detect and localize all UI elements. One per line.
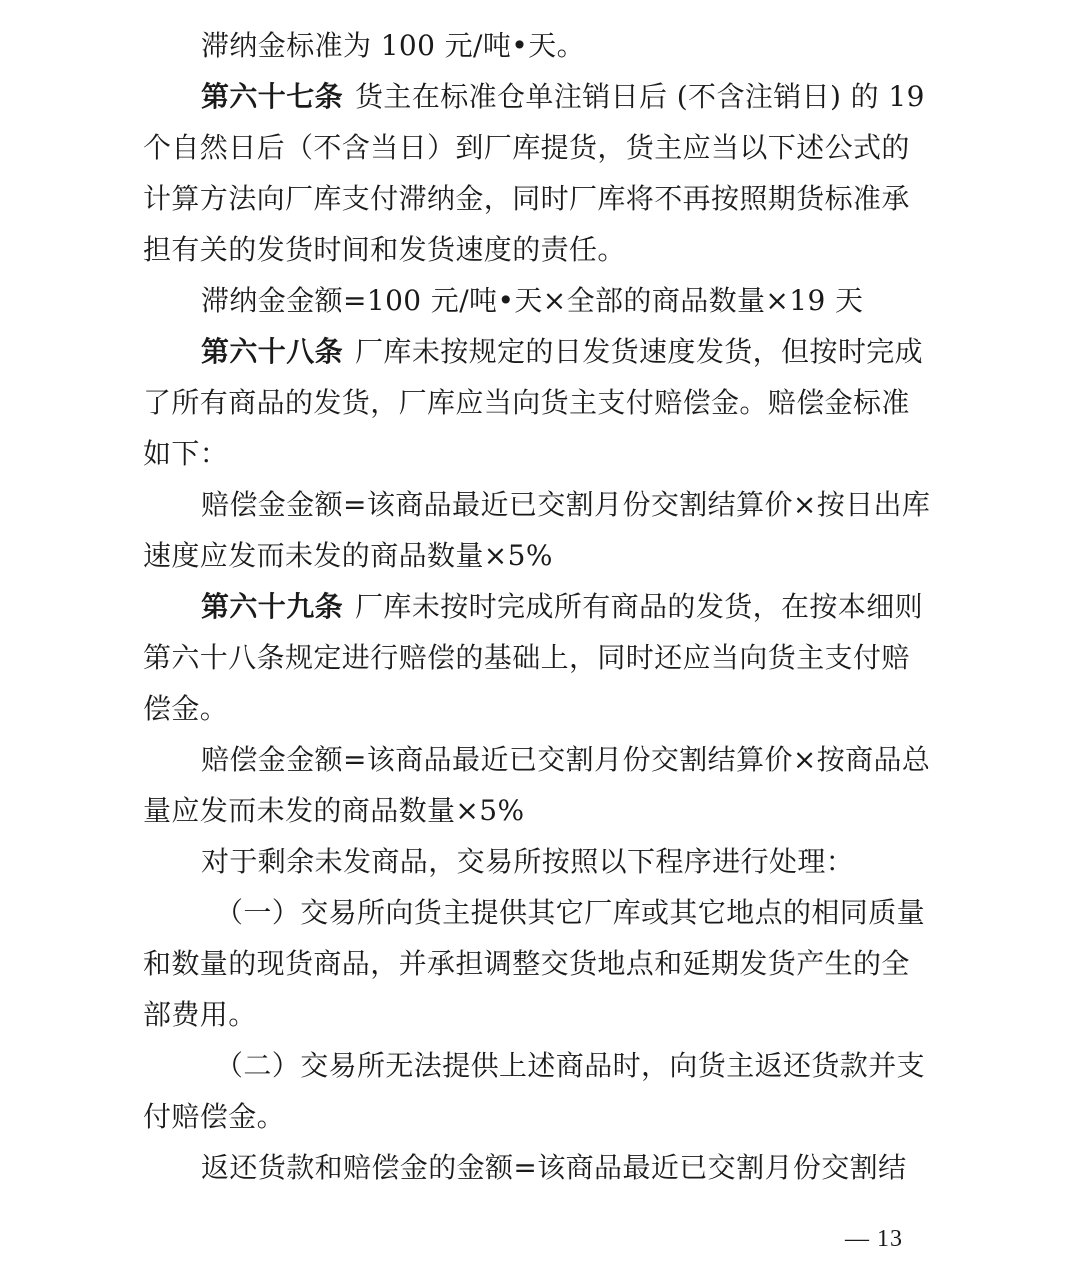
article-heading: 第六十八条 (201, 335, 343, 368)
paragraph-line: 了所有商品的发货，厂库应当向货主支付赔偿金。赔偿金标准 (143, 377, 943, 428)
formula-line: 量应发而未发的商品数量×5% (143, 785, 943, 836)
formula-line: 速度应发而未发的商品数量×5% (143, 530, 943, 581)
paragraph-line: 担有关的发货时间和发货速度的责任。 (143, 224, 943, 275)
page-number: — 13 (845, 1226, 903, 1253)
article-67-line: 第六十七条货主在标准仓单注销日后 (不含注销日) 的 19 (143, 71, 943, 122)
paragraph-line: 计算方法向厂库支付滞纳金，同时厂库将不再按照期货标准承 (143, 173, 943, 224)
paragraph-line: 对于剩余未发商品，交易所按照以下程序进行处理： (143, 836, 943, 887)
formula-line: 赔偿金金额=该商品最近已交割月份交割结算价×按商品总 (143, 734, 943, 785)
paragraph-line: 滞纳金标准为 100 元/吨•天。 (143, 20, 943, 71)
article-text: 厂库未按时完成所有商品的发货，在按本细则 (355, 590, 923, 623)
formula-line: 返还货款和赔偿金的金额=该商品最近已交割月份交割结 (143, 1142, 943, 1193)
formula-line: 滞纳金金额=100 元/吨•天×全部的商品数量×19 天 (143, 275, 943, 326)
paragraph-line: 个自然日后（不含当日）到厂库提货，货主应当以下述公式的 (143, 122, 943, 173)
paragraph-line: 如下： (143, 428, 943, 479)
article-68-line: 第六十八条厂库未按规定的日发货速度发货，但按时完成 (143, 326, 943, 377)
article-text: 厂库未按规定的日发货速度发货，但按时完成 (355, 335, 923, 368)
article-69-line: 第六十九条厂库未按时完成所有商品的发货，在按本细则 (143, 581, 943, 632)
article-text: 货主在标准仓单注销日后 (不含注销日) 的 19 (355, 80, 925, 113)
document-page: 滞纳金标准为 100 元/吨•天。 第六十七条货主在标准仓单注销日后 (不含注销… (143, 20, 943, 1193)
paragraph-line: 第六十八条规定进行赔偿的基础上，同时还应当向货主支付赔 (143, 632, 943, 683)
list-item-1-line: （一）交易所向货主提供其它厂库或其它地点的相同质量 (143, 887, 943, 938)
paragraph-line: 偿金。 (143, 683, 943, 734)
article-heading: 第六十七条 (201, 80, 343, 113)
paragraph-line: 部费用。 (143, 989, 943, 1040)
paragraph-line: 和数量的现货商品，并承担调整交货地点和延期发货产生的全 (143, 938, 943, 989)
article-heading: 第六十九条 (201, 590, 343, 623)
formula-line: 赔偿金金额=该商品最近已交割月份交割结算价×按日出库 (143, 479, 943, 530)
list-item-2-line: （二）交易所无法提供上述商品时，向货主返还货款并支 (143, 1040, 943, 1091)
paragraph-line: 付赔偿金。 (143, 1091, 943, 1142)
